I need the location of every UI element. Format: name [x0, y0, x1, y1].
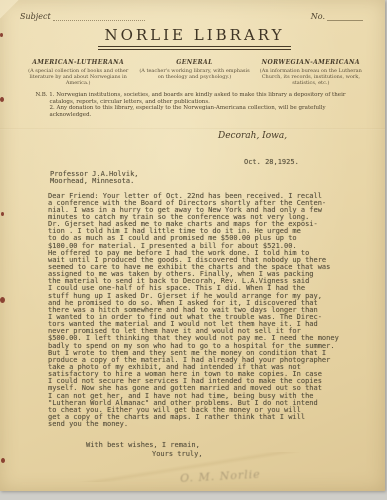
- nota-bene: N.B. 1. Norwegian institutions, societie…: [36, 92, 354, 118]
- column-heading: AMERICAN-LUTHERANA: [20, 59, 136, 66]
- paper-stain: [0, 33, 3, 37]
- column-heading: NORWEGIAN-AMERICANA: [253, 59, 369, 66]
- subject-no-row: Subject No.: [20, 12, 369, 21]
- subject-fill-line: [53, 12, 145, 21]
- column-caption: (An information bureau on the Lutheran C…: [253, 68, 369, 86]
- library-title: NORLIE LIBRARY: [98, 26, 290, 50]
- column-general: GENERAL (A teacher's working library, wi…: [136, 59, 252, 86]
- paper-crease: [0, 128, 385, 130]
- nb-item-2: 2. Any donation to this library, especia…: [36, 105, 354, 118]
- masthead: NORLIE LIBRARY: [20, 25, 369, 50]
- column-norwegian-americana: NORWEGIAN-AMERICANA (An information bure…: [253, 59, 369, 86]
- paper-stain: [0, 297, 5, 303]
- signature: O. M. Norlie: [180, 462, 369, 485]
- no-label: No.: [311, 12, 325, 21]
- place-line: Decorah, Iowa,: [218, 131, 369, 141]
- column-caption: (A special collection of books and other…: [20, 68, 136, 86]
- valediction: Yours truly,: [152, 450, 369, 458]
- letter-paper: Subject No. NORLIE LIBRARY AMERICAN-LUTH…: [0, 0, 385, 491]
- paper-stain: [1, 458, 5, 463]
- no-fill-line: [327, 12, 363, 21]
- letter-body: Dear Friend: Your letter of Oct. 22nd ha…: [48, 193, 368, 429]
- nb-item-1: N.B. 1. Norwegian institutions, societie…: [36, 92, 354, 105]
- closing-line: With best wishes, I remain,: [86, 441, 369, 449]
- paper-stain: [1, 212, 4, 216]
- column-american-lutherana: AMERICAN-LUTHERANA (A special collection…: [20, 59, 136, 86]
- date-line: Oct. 28,1925.: [244, 158, 369, 166]
- column-heading: GENERAL: [136, 59, 252, 66]
- scanned-letter: Subject No. NORLIE LIBRARY AMERICAN-LUTH…: [0, 0, 387, 500]
- recipient-address: Professor J.A.Holvik, Moorhead, Minnesot…: [50, 171, 369, 186]
- paper-stain: [0, 97, 4, 102]
- collection-columns: AMERICAN-LUTHERANA (A special collection…: [20, 59, 369, 86]
- paper-corner-fold: [0, 0, 26, 20]
- column-caption: (A teacher's working library, with empha…: [136, 68, 252, 80]
